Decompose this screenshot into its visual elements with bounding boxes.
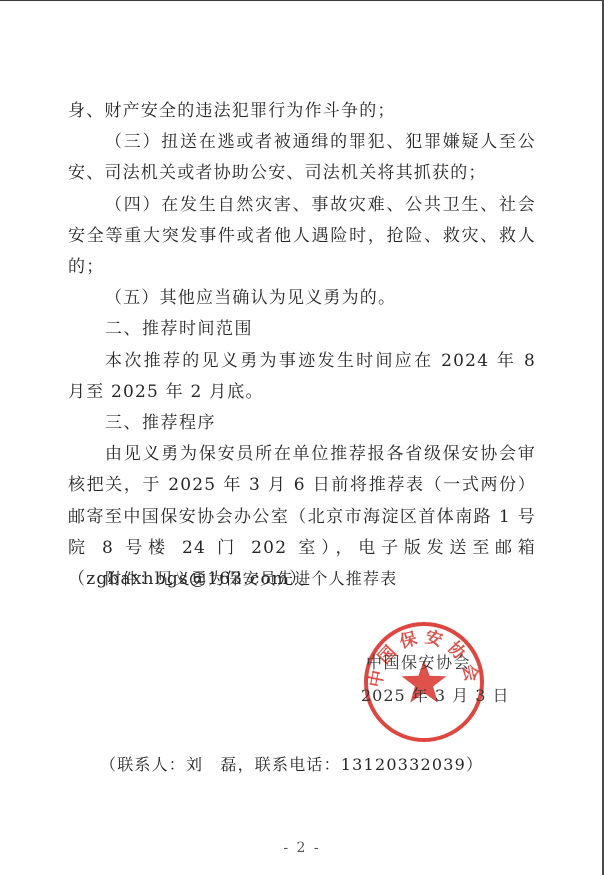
page-number: - 2 - (0, 840, 604, 856)
attachment-note: 附件：见义勇为保安员先进个人推荐表 (105, 566, 397, 589)
paragraph-item-5: （五）其他应当确认为见义勇为的。 (68, 283, 536, 314)
section-heading-time-range: 二、推荐时间范围 (68, 314, 536, 345)
contact-info: （联系人：刘 磊，联系电话：13120332039） (100, 752, 483, 775)
issue-date: 2025 年 3 月 3 日 (361, 683, 510, 706)
page-border-top (0, 0, 604, 1)
section-heading-procedure: 三、推荐程序 (68, 408, 536, 439)
official-seal-icon: 中国保安协会 (362, 620, 486, 744)
paragraph-continuation: 身、财产安全的违法犯罪行为作斗争的； (68, 96, 536, 127)
document-body: 身、财产安全的违法犯罪行为作斗争的； （三）扭送在逃或者被通缉的罪犯、犯罪嫌疑人… (68, 96, 536, 595)
paragraph-item-4: （四）在发生自然灾害、事故灾难、公共卫生、社会安全等重大突发事件或者他人遇险时，… (68, 190, 536, 284)
paragraph-item-3: （三）扭送在逃或者被通缉的罪犯、犯罪嫌疑人至公安、司法机关或者协助公安、司法机关… (68, 127, 536, 189)
issuer-signature: 中国保安协会 (366, 650, 471, 673)
paragraph-time-range: 本次推荐的见义勇为事迹发生时间应在 2024 年 8 月至 2025 年 2 月… (68, 346, 536, 408)
